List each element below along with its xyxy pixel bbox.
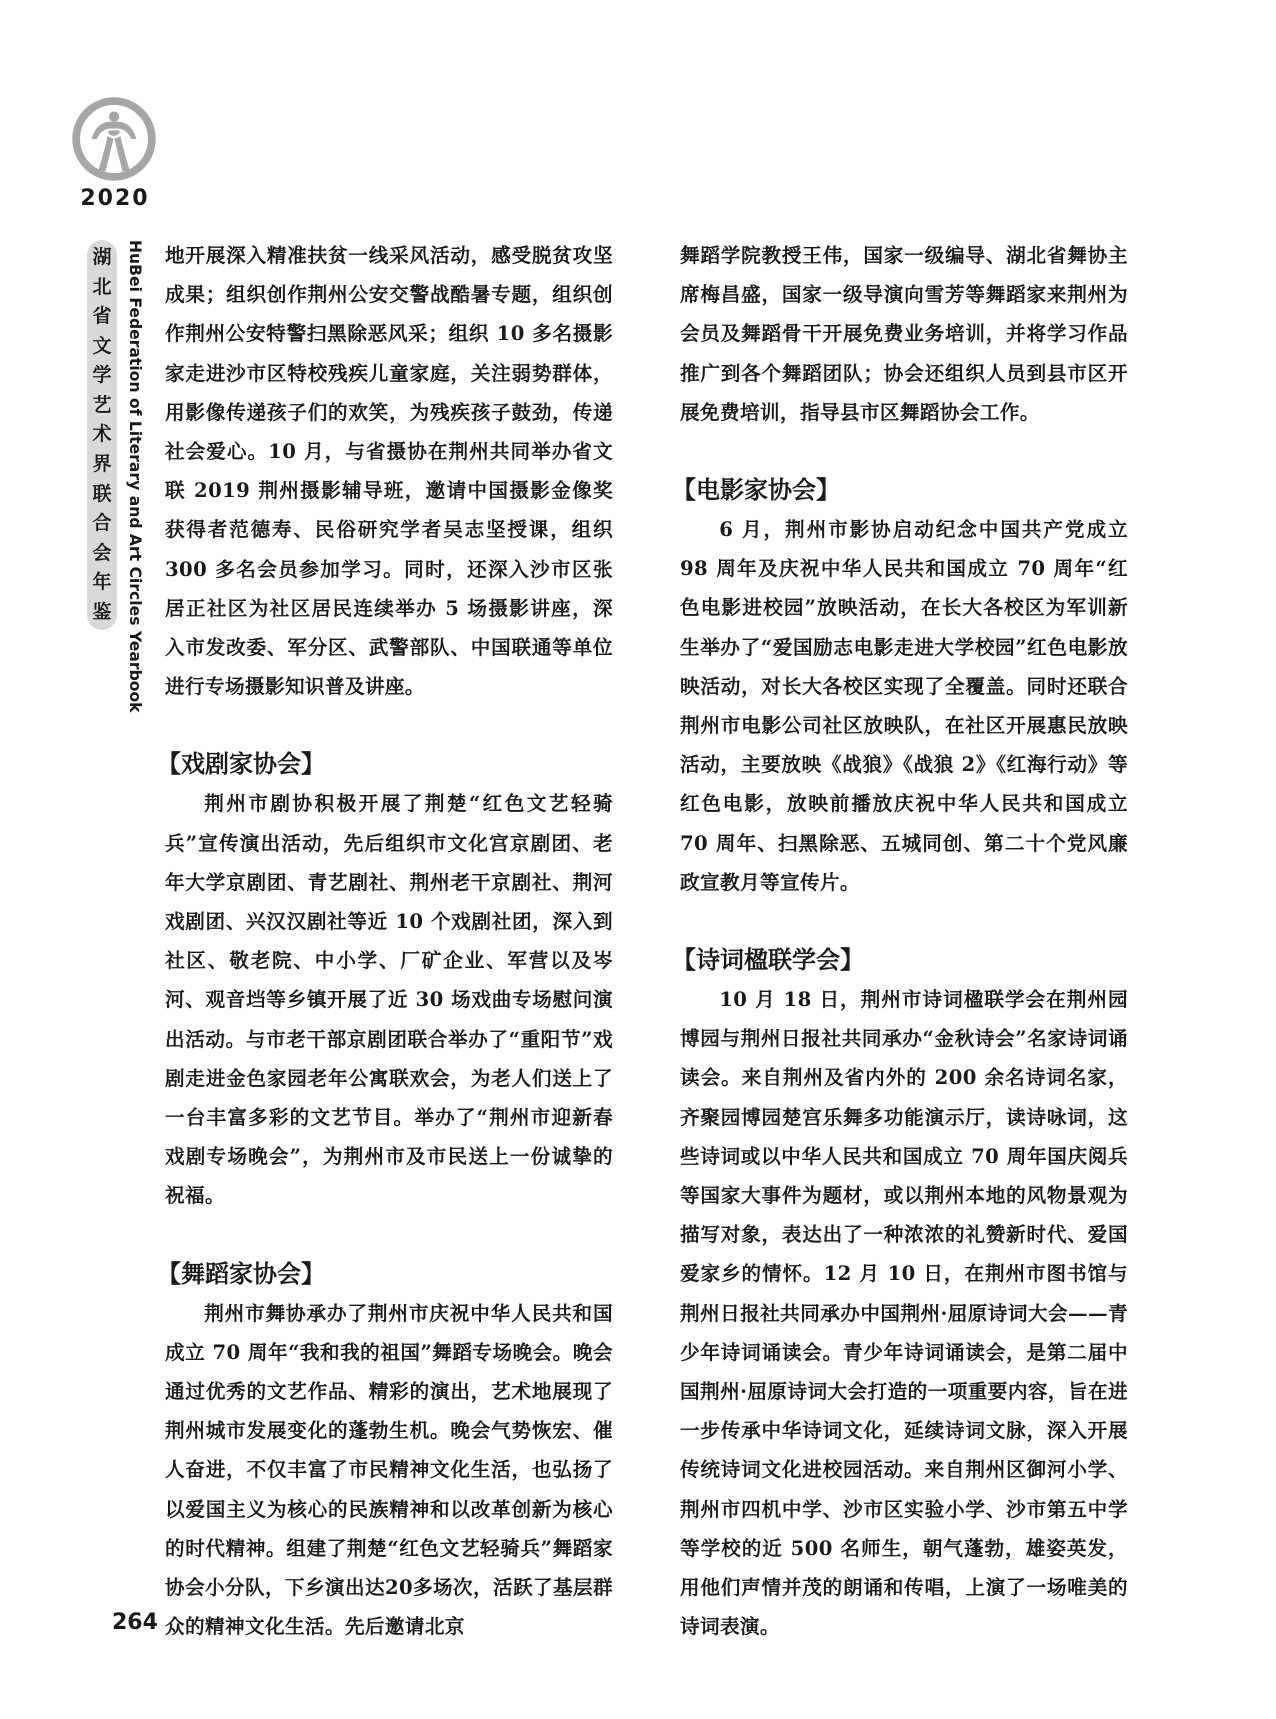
section-heading-poetry: 【诗词楹联学会】 (672, 940, 1128, 980)
right-column: 舞蹈学院教授王伟，国家一级编导、湖北省舞协主席梅昌盛，国家一级导演向雪芳等舞蹈家… (680, 236, 1128, 1647)
sidebar-title-en: HuBei Federation of Literary and Art Cir… (122, 240, 148, 630)
section-body-dance: 荆州市舞协承办了荆州市庆祝中华人民共和国成立 70 周年“我和我的祖国”舞蹈专场… (165, 1294, 613, 1647)
sidebar-char: 湖 (92, 248, 111, 267)
sidebar-char: 界 (92, 455, 111, 474)
page-number: 264 (112, 1610, 158, 1635)
sidebar-title-en-text: HuBei Federation of Literary and Art Cir… (126, 240, 144, 713)
continued-paragraph: 舞蹈学院教授王伟，国家一级编导、湖北省舞协主席梅昌盛，国家一级导演向雪芳等舞蹈家… (680, 236, 1128, 432)
sidebar-char: 艺 (92, 396, 111, 415)
section-heading-dance: 【舞蹈家协会】 (157, 1254, 613, 1294)
sidebar-char: 合 (92, 514, 111, 533)
sidebar-char: 会 (92, 544, 111, 563)
yearbook-year: 2020 (70, 186, 160, 211)
sidebar-char: 学 (92, 366, 111, 385)
section-body-film: 6 月，荆州市影协启动纪念中国共产党成立 98 周年及庆祝中华人民共和国成立 7… (680, 510, 1128, 902)
federation-emblem-icon (71, 96, 157, 182)
sidebar-char: 术 (92, 425, 111, 444)
left-column: 地开展深入精准扶贫一线采风活动，感受脱贫攻坚成果；组织创作荆州公安交警战酷暑专题… (165, 236, 613, 1647)
sidebar-char: 年 (92, 573, 111, 592)
sidebar-char: 联 (92, 485, 111, 504)
sidebar-char: 省 (92, 307, 111, 326)
section-body-drama: 荆州市剧协积极开展了荆楚“红色文艺轻骑兵”宣传演出活动，先后组织市文化宫京剧团、… (165, 784, 613, 1215)
sidebar-char: 北 (92, 278, 111, 297)
sidebar-title-cn: 湖 北 省 文 学 艺 术 界 联 合 会 年 鉴 (87, 240, 117, 630)
section-body-poetry: 10 月 18 日，荆州市诗词楹联学会在荆州园博园与荆州日报社共同承办“金秋诗会… (680, 980, 1128, 1646)
sidebar-char: 文 (92, 337, 111, 356)
section-heading-film: 【电影家协会】 (672, 470, 1128, 510)
sidebar-char: 鉴 (92, 603, 111, 622)
section-heading-drama: 【戏剧家协会】 (157, 744, 613, 784)
intro-paragraph: 地开展深入精准扶贫一线采风活动，感受脱贫攻坚成果；组织创作荆州公安交警战酷暑专题… (165, 236, 613, 706)
